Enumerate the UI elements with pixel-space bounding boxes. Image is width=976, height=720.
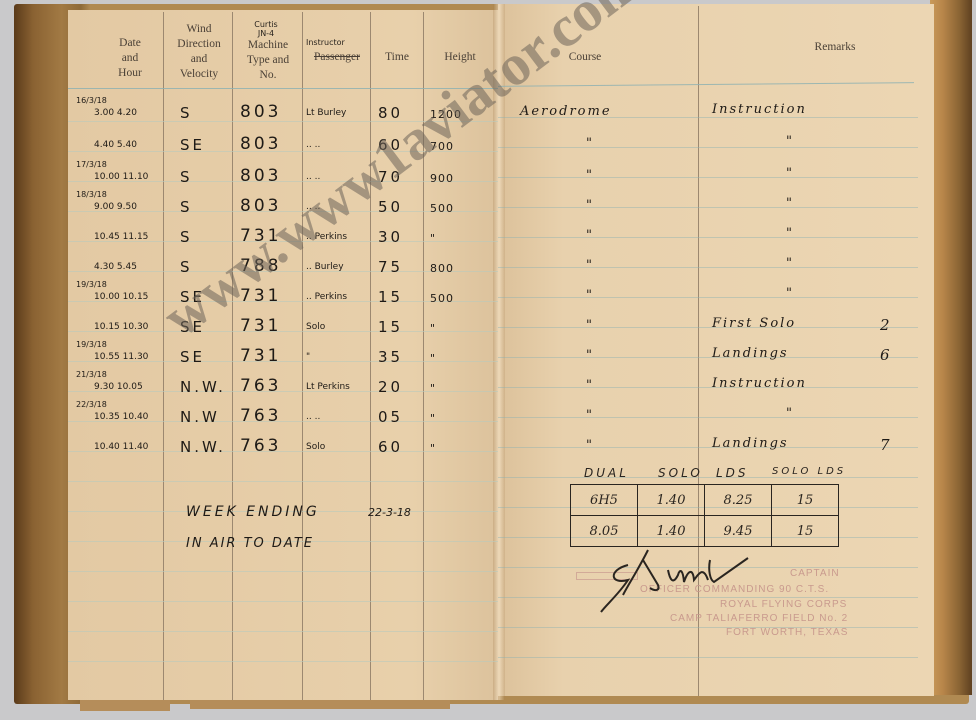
row-wind: S bbox=[180, 258, 193, 276]
row-remarks: " bbox=[786, 406, 794, 421]
ruled-line bbox=[498, 447, 918, 448]
row-remarks: Landings bbox=[712, 346, 789, 361]
header-course: Course bbox=[540, 50, 630, 65]
column-divider bbox=[370, 12, 371, 700]
row-hour: 10.40 11.40 bbox=[94, 442, 148, 452]
row-passenger: Solo bbox=[306, 322, 325, 332]
header-wind: Wind Direction and Velocity bbox=[168, 22, 230, 82]
flight-summary-table: 6H5 1.40 8.25 15 8.05 1.40 9.45 15 bbox=[570, 484, 839, 547]
summary-header-solo: SOLO bbox=[658, 466, 703, 480]
row-passenger: .. Perkins bbox=[306, 232, 347, 242]
row-course: " bbox=[586, 198, 594, 213]
summary-header-dual: DUAL bbox=[584, 466, 629, 480]
row-course: " bbox=[586, 258, 594, 273]
ruled-line bbox=[68, 631, 498, 632]
header-remarks: Remarks bbox=[780, 40, 890, 55]
row-date: 22/3/18 bbox=[76, 400, 107, 409]
row-height: 500 bbox=[430, 202, 454, 215]
row-passenger: Lt Perkins bbox=[306, 382, 350, 392]
row-time: 50 bbox=[378, 198, 403, 216]
row-date: 19/3/18 bbox=[76, 280, 107, 289]
row-time: 15 bbox=[378, 318, 403, 336]
row-height: " bbox=[430, 232, 436, 245]
row-passenger: .. .. bbox=[306, 172, 320, 182]
row-time: 30 bbox=[378, 228, 403, 246]
row-wind: N.W. bbox=[180, 378, 226, 396]
row-wind: SE bbox=[180, 348, 205, 366]
row-wind: S bbox=[180, 228, 193, 246]
row-date: 18/3/18 bbox=[76, 190, 107, 199]
summary-cell: 8.25 bbox=[705, 485, 772, 516]
summary-header-lds: LDS bbox=[716, 466, 749, 480]
page-gutter bbox=[493, 4, 505, 700]
column-divider bbox=[302, 12, 303, 700]
row-remarks: " bbox=[786, 134, 794, 149]
header-rule bbox=[68, 88, 498, 89]
row-hour: 10.00 10.15 bbox=[94, 292, 148, 302]
row-hour: 4.40 5.40 bbox=[94, 140, 137, 150]
ruled-line bbox=[68, 571, 498, 572]
row-hour: 10.35 10.40 bbox=[94, 412, 148, 422]
row-time: 20 bbox=[378, 378, 403, 396]
row-machine: 731 bbox=[240, 316, 281, 336]
summary-cell: 15 bbox=[772, 485, 839, 516]
row-machine: 731 bbox=[240, 346, 281, 366]
row-machine: 731 bbox=[240, 226, 281, 246]
summary-row-week: 6H5 1.40 8.25 15 bbox=[571, 485, 839, 516]
row-machine: 788 bbox=[240, 256, 281, 276]
row-passenger: Solo bbox=[306, 442, 325, 452]
ruled-line bbox=[68, 481, 498, 482]
row-remarks: " bbox=[786, 226, 794, 241]
ruled-line bbox=[498, 327, 918, 328]
row-hour: 10.00 11.10 bbox=[94, 172, 148, 182]
row-height: 900 bbox=[430, 172, 454, 185]
row-time: 70 bbox=[378, 168, 403, 186]
row-landing-count: 2 bbox=[880, 316, 892, 334]
row-machine: 763 bbox=[240, 406, 281, 426]
row-time: 60 bbox=[378, 136, 403, 154]
header-passenger: Passenger bbox=[306, 50, 368, 65]
column-divider bbox=[163, 12, 164, 700]
row-hour: 4.30 5.45 bbox=[94, 262, 137, 272]
header-height: Height bbox=[428, 50, 492, 65]
row-passenger: .. .. bbox=[306, 140, 320, 150]
ruled-line bbox=[498, 267, 918, 268]
row-hour: 10.45 11.15 bbox=[94, 232, 148, 242]
row-height: " bbox=[430, 352, 436, 365]
ruled-line bbox=[498, 627, 918, 628]
header-machine: Machine Type and No. bbox=[236, 38, 300, 83]
row-remarks: " bbox=[786, 286, 794, 301]
summary-cell: 6H5 bbox=[571, 485, 638, 516]
row-height: 500 bbox=[430, 292, 454, 305]
row-wind: N.W bbox=[180, 408, 220, 426]
row-remarks: Landings bbox=[712, 436, 789, 451]
row-machine: 803 bbox=[240, 196, 281, 216]
row-remarks: " bbox=[786, 196, 794, 211]
row-passenger: .. Burley bbox=[306, 262, 344, 272]
row-height: 700 bbox=[430, 140, 454, 153]
row-hour: 9.00 9.50 bbox=[94, 202, 137, 212]
row-passenger: .. .. bbox=[306, 202, 320, 212]
stamp-line-location: FORT WORTH, TEXAS bbox=[726, 627, 848, 638]
row-height: " bbox=[430, 322, 436, 335]
row-date: 16/3/18 bbox=[76, 96, 107, 105]
row-machine: 803 bbox=[240, 166, 281, 186]
row-wind: S bbox=[180, 198, 193, 216]
week-ending-date: 22-3-18 bbox=[368, 506, 411, 519]
row-course: " bbox=[586, 136, 594, 151]
ruled-line bbox=[498, 207, 918, 208]
row-remarks: Instruction bbox=[712, 376, 807, 391]
row-remarks: " bbox=[786, 166, 794, 181]
row-wind: S bbox=[180, 168, 193, 186]
row-hour: 10.55 11.30 bbox=[94, 352, 148, 362]
row-course: " bbox=[586, 378, 594, 393]
row-wind: SE bbox=[180, 318, 205, 336]
ruled-line bbox=[498, 177, 918, 178]
row-time: 15 bbox=[378, 288, 403, 306]
row-machine: 803 bbox=[240, 134, 281, 154]
row-course: " bbox=[586, 348, 594, 363]
row-passenger: .. .. bbox=[306, 412, 320, 422]
ruled-line bbox=[498, 237, 918, 238]
summary-cell: 15 bbox=[772, 516, 839, 547]
row-wind: S bbox=[180, 104, 193, 122]
row-passenger: .. Perkins bbox=[306, 292, 347, 302]
row-course: " bbox=[586, 168, 594, 183]
ruled-line bbox=[498, 297, 918, 298]
row-landing-count: 7 bbox=[880, 436, 892, 454]
row-machine: 763 bbox=[240, 376, 281, 396]
row-machine: 763 bbox=[240, 436, 281, 456]
ruled-line bbox=[498, 657, 918, 658]
row-time: 60 bbox=[378, 438, 403, 456]
row-passenger: " bbox=[306, 352, 310, 362]
ruled-line bbox=[498, 477, 918, 478]
row-course: " bbox=[586, 318, 594, 333]
ruled-line bbox=[68, 601, 498, 602]
ruled-line bbox=[498, 147, 918, 148]
stamp-line-captain: CAPTAIN bbox=[790, 568, 840, 579]
row-wind: SE bbox=[180, 288, 205, 306]
row-hour: 10.15 10.30 bbox=[94, 322, 148, 332]
column-divider bbox=[232, 12, 233, 700]
row-landing-count: 6 bbox=[880, 346, 892, 364]
row-course: " bbox=[586, 288, 594, 303]
week-ending-label: WEEK ENDING bbox=[186, 504, 320, 520]
row-course: " bbox=[586, 408, 594, 423]
instructor-annotation: Instructor bbox=[306, 38, 345, 47]
summary-cell: 1.40 bbox=[638, 485, 705, 516]
row-machine: 731 bbox=[240, 286, 281, 306]
row-height: " bbox=[430, 442, 436, 455]
column-divider bbox=[423, 12, 424, 700]
row-time: 05 bbox=[378, 408, 403, 426]
row-height: " bbox=[430, 412, 436, 425]
row-date: 21/3/18 bbox=[76, 370, 107, 379]
ruled-line bbox=[68, 121, 498, 122]
row-height: 1200 bbox=[430, 108, 462, 121]
signature bbox=[598, 540, 768, 615]
ruled-line bbox=[68, 661, 498, 662]
row-machine: 803 bbox=[240, 102, 281, 122]
ruled-line bbox=[498, 387, 918, 388]
row-hour: 9.30 10.05 bbox=[94, 382, 143, 392]
row-course: Aerodrome bbox=[520, 104, 612, 119]
row-hour: 3.00 4.20 bbox=[94, 108, 137, 118]
header-date-hour: Date and Hour bbox=[100, 36, 160, 81]
row-time: 80 bbox=[378, 104, 403, 122]
row-remarks: Instruction bbox=[712, 102, 807, 117]
machine-type-annotation: Curtis JN-4 bbox=[246, 20, 286, 38]
row-course: " bbox=[586, 438, 594, 453]
row-passenger: Lt Burley bbox=[306, 108, 346, 118]
row-wind: N.W. bbox=[180, 438, 226, 456]
row-height: " bbox=[430, 382, 436, 395]
row-remarks: First Solo bbox=[712, 316, 796, 331]
row-wind: SE bbox=[180, 136, 205, 154]
row-time: 75 bbox=[378, 258, 403, 276]
row-date: 19/3/18 bbox=[76, 340, 107, 349]
logbook-cover-edge bbox=[930, 0, 972, 695]
ruled-line bbox=[498, 357, 918, 358]
header-time: Time bbox=[372, 50, 422, 65]
ruled-line bbox=[498, 417, 918, 418]
in-air-to-date-label: IN AIR TO DATE bbox=[186, 536, 314, 551]
row-date: 17/3/18 bbox=[76, 160, 107, 169]
row-remarks: " bbox=[786, 256, 794, 271]
summary-header-solo-lds: SOLO LDS bbox=[772, 466, 846, 477]
row-height: 800 bbox=[430, 262, 454, 275]
row-time: 35 bbox=[378, 348, 403, 366]
row-course: " bbox=[586, 228, 594, 243]
